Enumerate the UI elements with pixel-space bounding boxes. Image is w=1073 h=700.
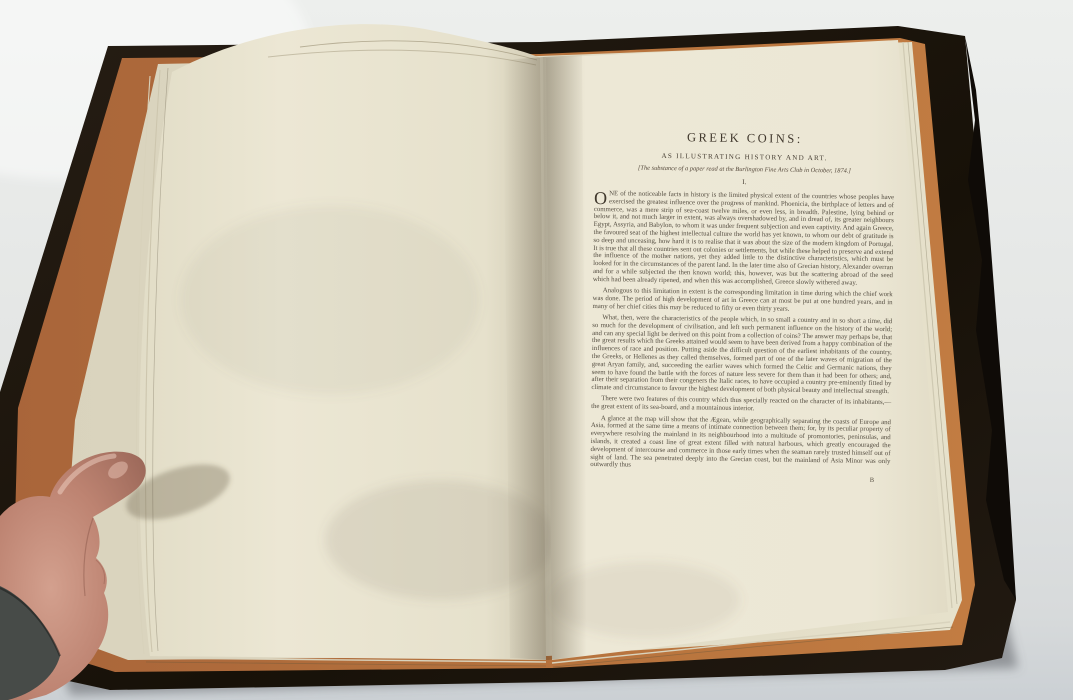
paragraph-1: ONE of the noticeable facts in history i…: [593, 190, 894, 288]
paragraph-4: There were two features of this country …: [591, 395, 891, 415]
book-artwork: [0, 0, 1073, 700]
paragraph-5: A glance at the map will show that the Æ…: [590, 414, 891, 473]
left-page-smudge-2: [180, 205, 480, 395]
paragraph-3: What, then, were the characteristics of …: [591, 314, 892, 396]
page-subtitle: AS ILLUSTRATING HISTORY AND ART.: [595, 151, 895, 163]
body-text: ONE of the noticeable facts in history i…: [590, 190, 894, 473]
drop-cap: O: [594, 190, 609, 205]
paragraph-1-text: NE of the noticeable facts in history is…: [593, 190, 894, 286]
section-numeral: I.: [594, 176, 894, 188]
book-photograph: GREEK COINS: AS ILLUSTRATING HISTORY AND…: [0, 0, 1073, 700]
printed-page: GREEK COINS: AS ILLUSTRATING HISTORY AND…: [590, 129, 895, 484]
paper-attribution: [The substance of a paper read at the Bu…: [594, 164, 894, 175]
page-title: GREEK COINS:: [595, 129, 895, 148]
gutter-shadow-left: [503, 57, 548, 660]
gutter-shadow-right: [543, 55, 587, 660]
paragraph-2: Analogous to this limitation in extent i…: [592, 287, 892, 315]
